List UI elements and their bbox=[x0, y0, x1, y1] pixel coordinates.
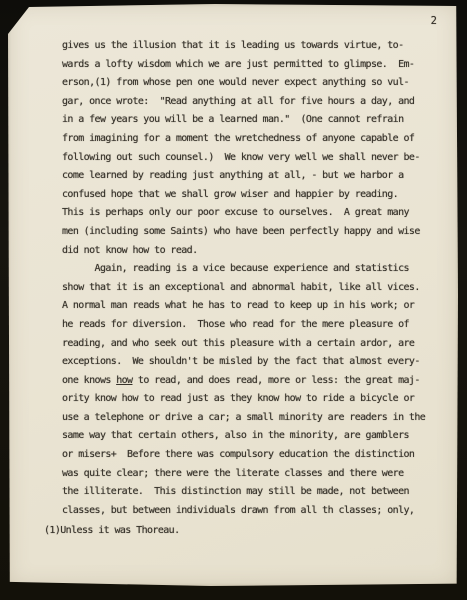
scan-background: 2 gives us the illusion that it is leadi… bbox=[0, 0, 467, 600]
text-segment: how bbox=[116, 375, 132, 386]
text-line: erson,(1) from whose pen one would never… bbox=[62, 74, 425, 93]
text-segment: one knows bbox=[62, 375, 116, 386]
text-segment: Again, reading is a vice because experie… bbox=[62, 263, 409, 274]
text-line: use a telephone or drive a car; a small … bbox=[62, 409, 425, 428]
text-line: ority know how to read just as they know… bbox=[62, 390, 425, 409]
text-segment: wards a lofty wisdom which we are just p… bbox=[62, 59, 414, 70]
text-line: Again, reading is a vice because experie… bbox=[62, 260, 425, 279]
text-line: did not know how to read. bbox=[62, 242, 425, 261]
text-segment: he reads for diversion. Those who read f… bbox=[62, 319, 409, 330]
text-segment: men (including some Saints) who have bee… bbox=[62, 226, 420, 237]
text-segment: use a telephone or drive a car; a small … bbox=[62, 412, 425, 423]
text-segment: confused hope that we shall grow wiser a… bbox=[62, 189, 398, 200]
text-segment: This is perhaps only our poor excuse to … bbox=[62, 207, 409, 218]
page-number: 2 bbox=[431, 15, 437, 27]
text-segment: to read, and does read, more or less: th… bbox=[132, 375, 419, 386]
text-line: This is perhaps only our poor excuse to … bbox=[62, 204, 425, 223]
text-line: same way that certain others, also in th… bbox=[62, 427, 425, 446]
body-text: gives us the illusion that it is leading… bbox=[62, 37, 425, 520]
text-line: confused hope that we shall grow wiser a… bbox=[62, 186, 425, 205]
text-segment: the illiterate. This distinction may sti… bbox=[62, 486, 409, 497]
text-line: reading, and who seek out this pleasure … bbox=[62, 335, 425, 354]
text-line: come learned by reading just anything at… bbox=[62, 167, 425, 186]
text-line: classes, but between individuals drawn f… bbox=[62, 502, 425, 521]
text-line: exceptions. We shouldn't be misled by th… bbox=[62, 353, 425, 372]
text-segment: A normal man reads what he has to read t… bbox=[62, 300, 414, 311]
text-segment: did not know how to read. bbox=[62, 245, 198, 256]
text-segment: from imagining for a moment the wretched… bbox=[62, 133, 414, 144]
text-line: the illiterate. This distinction may sti… bbox=[62, 483, 425, 502]
text-segment: ority know how to read just as they know… bbox=[62, 393, 414, 404]
text-segment: exceptions. We shouldn't be misled by th… bbox=[62, 356, 420, 367]
text-line: show that it is an exceptional and abnor… bbox=[62, 279, 425, 298]
text-segment: erson,(1) from whose pen one would never… bbox=[62, 77, 409, 88]
text-line: gives us the illusion that it is leading… bbox=[62, 37, 425, 56]
text-segment: same way that certain others, also in th… bbox=[62, 430, 409, 441]
document-page: 2 gives us the illusion that it is leadi… bbox=[8, 4, 458, 586]
text-line: or misers+ Before there was compulsory e… bbox=[62, 446, 425, 465]
text-segment: was quite clear; there were the literate… bbox=[62, 468, 404, 479]
text-line: from imagining for a moment the wretched… bbox=[62, 130, 425, 149]
text-line: he reads for diversion. Those who read f… bbox=[62, 316, 425, 335]
text-segment: reading, and who seek out this pleasure … bbox=[62, 338, 414, 349]
footnote: (1)Unless it was Thoreau. bbox=[44, 525, 180, 536]
text-segment: classes, but between individuals drawn f… bbox=[62, 505, 414, 516]
text-segment: following out such counsel.) We know ver… bbox=[62, 152, 420, 163]
text-segment: or misers+ Before there was compulsory e… bbox=[62, 449, 414, 460]
text-segment: come learned by reading just anything at… bbox=[62, 170, 404, 181]
text-line: one knows how to read, and does read, mo… bbox=[62, 372, 425, 391]
text-segment: show that it is an exceptional and abnor… bbox=[62, 282, 420, 293]
text-line: following out such counsel.) We know ver… bbox=[62, 149, 425, 168]
text-segment: gar, once wrote: "Read anything at all f… bbox=[62, 96, 414, 107]
text-line: wards a lofty wisdom which we are just p… bbox=[62, 56, 425, 75]
text-segment: gives us the illusion that it is leading… bbox=[62, 40, 404, 51]
text-line: gar, once wrote: "Read anything at all f… bbox=[62, 93, 425, 112]
text-line: men (including some Saints) who have bee… bbox=[62, 223, 425, 242]
text-segment: in a few years you will be a learned man… bbox=[62, 114, 404, 125]
text-line: in a few years you will be a learned man… bbox=[62, 111, 425, 130]
text-line: was quite clear; there were the literate… bbox=[62, 465, 425, 484]
text-line: A normal man reads what he has to read t… bbox=[62, 297, 425, 316]
